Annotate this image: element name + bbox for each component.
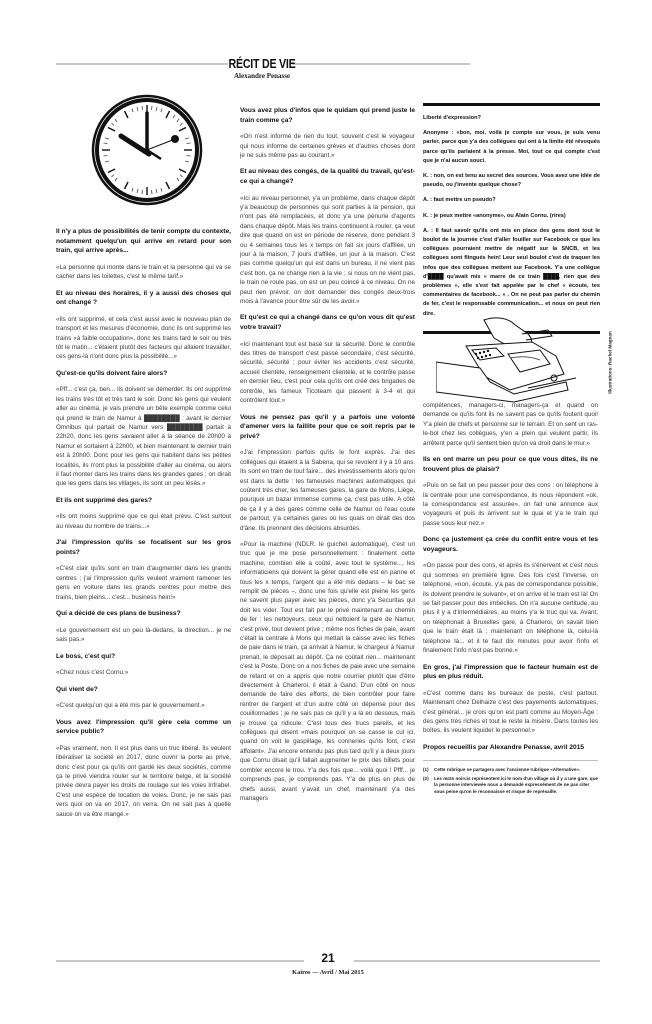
- question: J'ai l'impression qu'ils se focalisent s…: [56, 538, 231, 557]
- byline: Alexandre Penasse: [56, 72, 468, 80]
- answer: «Ils ont moins supprimé que ce qui était…: [56, 512, 231, 531]
- question: Vous ne pensez pas qu'il y a parfois une…: [240, 413, 415, 442]
- question: Qui vient de?: [56, 685, 231, 695]
- answer: «Chez nous c'est Cornu.»: [56, 668, 231, 677]
- answer: «Pas vraiment, non. Il est plus dans un …: [56, 744, 231, 819]
- ticket-machine-illustration: [436, 316, 588, 404]
- footnote: (1) Cette rubrique se partagera avec l'a…: [423, 767, 598, 773]
- answer: «J'ai l'impression parfois qu'ils le fon…: [240, 448, 415, 533]
- question: Ils en ont marre un peu pour ce que vous…: [423, 455, 598, 474]
- notes-divider: [423, 760, 598, 761]
- question: Qui a décidé de ces plans de business?: [56, 609, 231, 619]
- page-number: 21: [56, 951, 600, 965]
- box-title: Liberté d'expression?: [423, 114, 600, 123]
- illustration-credit: Illustrations: Rachel Magnan: [603, 320, 613, 410]
- footnotes: (1) Cette rubrique se partagera avec l'a…: [423, 767, 598, 795]
- signature: Propos recueillis par Alexandre Penasse,…: [423, 743, 598, 753]
- answer: «La personne qui monte dans le train et …: [56, 263, 231, 282]
- answer: «On n'est informé de rien du tout, souve…: [240, 132, 415, 160]
- question: En gros, j'ai l'impression que le facteu…: [423, 663, 598, 682]
- answer: «Ici au niveau personnel, y'a un problèm…: [240, 194, 415, 307]
- answer: «Pour la machine (NDLR. le guichet autom…: [240, 540, 415, 803]
- answer: «C'est quelqu'un qui a été mis par le go…: [56, 701, 231, 710]
- page-header: RÉCIT DE VIE Alexandre Penasse: [56, 58, 468, 88]
- answer: «Ils ont supprimé, et cela c'est aussi a…: [56, 315, 231, 362]
- article-column-1: Il n'y a plus de possibilités de tenir c…: [56, 227, 231, 826]
- question: Il n'y a plus de possibilités de tenir c…: [56, 227, 231, 256]
- sidebar-box-liberte-expression: Liberté d'expression? Anonyme : «bon, mo…: [423, 103, 600, 334]
- rubric-title: RÉCIT DE VIE: [93, 56, 431, 71]
- answer: compétences, managers-ci, managers-ça et…: [423, 401, 598, 448]
- box-paragraph: K. : non, on est tenu au secret des sour…: [423, 172, 600, 190]
- answer: «On passe pour des cons, et après ils s'…: [423, 561, 598, 655]
- page-footer: 21 Kairos — Avril / Mai 2015: [56, 955, 600, 995]
- answer: «Puis on se fait un peu passer pour des …: [423, 481, 598, 528]
- answer: «Ici maintenant tout est basé sur la séc…: [240, 340, 415, 406]
- box-paragraph: Anonyme : «bon, moi, voilà je compte sur…: [423, 129, 600, 166]
- question: Et au niveau des congés, de la qualité d…: [240, 167, 415, 186]
- clock-illustration: [88, 86, 206, 214]
- question: Et au niveau des horaires, il y a aussi …: [56, 289, 231, 308]
- article-column-3: compétences, managers-ci, managers-ça et…: [423, 401, 598, 797]
- question: Le boss, c'est qui?: [56, 652, 231, 662]
- question: Vous avez plus d'infos que le quidam qui…: [240, 106, 415, 125]
- article-column-2: Vous avez plus d'infos que le quidam qui…: [240, 106, 415, 810]
- question: Qu'est-ce qu'ils doivent faire alors?: [56, 369, 231, 379]
- answer: «Pff... c'est ça, ben... ils doivent se …: [56, 385, 231, 488]
- question: Et ils ont supprimé des gares?: [56, 496, 231, 506]
- question: Et qu'est ce qui a changé dans ce qu'on …: [240, 313, 415, 332]
- box-paragraph: K. : je peux mettre «anonyme», ou Alain …: [423, 212, 600, 221]
- box-paragraph: A. : faut mettre un pseudo?: [423, 196, 600, 205]
- footnote: (2) Les mots noircis représentent ici le…: [423, 776, 598, 795]
- answer: «C'est comme dans les bureaux de poste, …: [423, 689, 598, 736]
- answer: «Le gouvernement est un peu là-dedans, l…: [56, 626, 231, 645]
- box-paragraph: A. : Il faut savoir qu'ils ont mis en pl…: [423, 227, 600, 319]
- issue-info: Kairos — Avril / Mai 2015: [56, 969, 600, 976]
- question: Donc ça justement ça crée du conflit ent…: [423, 535, 598, 554]
- question: Vous avez l'impression qu'il gère cela c…: [56, 718, 231, 737]
- answer: «C'est clair qu'ils sont en train d'augm…: [56, 564, 231, 602]
